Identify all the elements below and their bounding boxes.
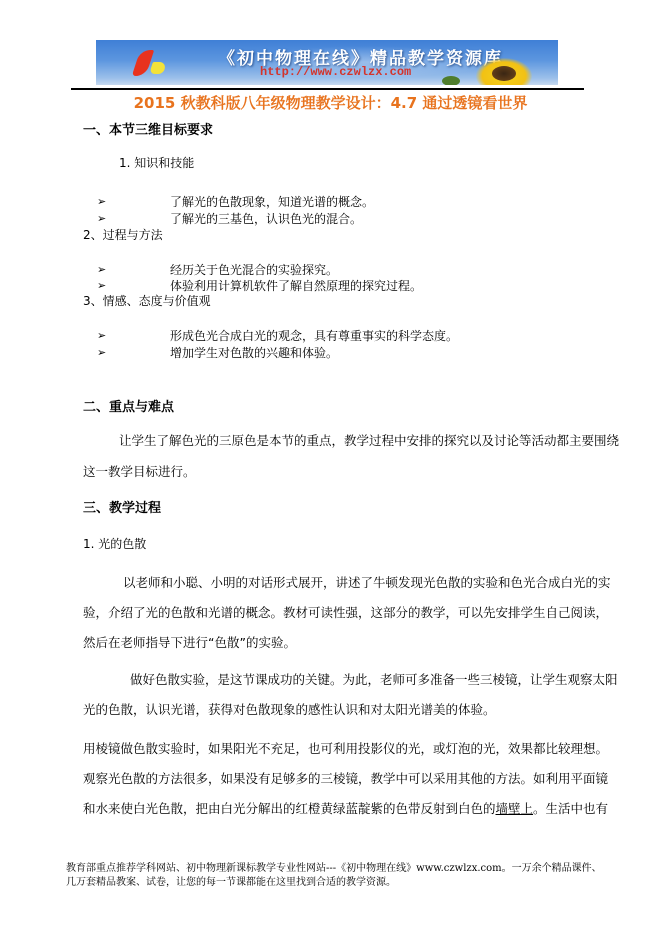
banner-url: http://www.czwlzx.com: [260, 65, 411, 79]
bullet-icon: ➢: [97, 263, 106, 277]
paragraph-line: 让学生了解色光的三原色是本节的重点，教学过程中安排的探究以及讨论等活动都主要围绕: [119, 434, 619, 448]
section-heading-key-points: 二、重点与难点: [83, 401, 174, 415]
list-item: 体验利用计算机软件了解自然原理的探究过程。: [170, 279, 422, 293]
paragraph-line: 以老师和小聪、小明的对话形式展开，讲述了牛顿发现光色散的实验和色光合成白光的实: [123, 576, 611, 590]
list-item: 增加学生对色散的兴趣和体验。: [170, 346, 338, 360]
sunflower-icon: [476, 58, 532, 85]
footer-line: 几万套精品教案、试卷，让您的每一节课都能在这里找到合适的教学资源。: [66, 876, 602, 890]
paragraph-line: 这一教学目标进行。: [83, 465, 196, 479]
section-heading-objectives: 一、本节三维目标要求: [83, 124, 213, 138]
subheading-process-method: 2、过程与方法: [83, 228, 163, 242]
paragraph-line: 和水来使白光色散，把由白光分解出的红橙黄绿蓝靛紫的色带反射到白色的墙壁上。生活中…: [83, 802, 608, 816]
subheading-attitude-values: 3、情感、态度与价值观: [83, 294, 211, 308]
paragraph-line: 光的色散，认识光谱，获得对色散现象的感性认识和对太阳光谱美的体验。: [83, 703, 496, 717]
bullet-icon: ➢: [97, 329, 106, 343]
underlined-text: 墙壁上: [496, 801, 534, 816]
logo-icon-accent: [149, 62, 167, 74]
document-title: 2015 秋教科版八年级物理教学设计：4.7 通过透镜看世界: [0, 92, 661, 113]
paragraph-line: 然后在老师指导下进行“色散”的实验。: [83, 636, 296, 650]
list-item: 了解光的三基色，认识色光的混合。: [170, 212, 362, 226]
document-page: 《初中物理在线》精品教学资源库 http://www.czwlzx.com 20…: [0, 0, 661, 936]
paragraph-line: 验，介绍了光的色散和光谱的概念。教材可读性强，这部分的教学，可以先安排学生自己阅…: [83, 606, 608, 620]
paragraph-line: 用棱镜做色散实验时，如果阳光不充足，也可利用投影仪的光，或灯泡的光，效果都比较理…: [83, 742, 608, 756]
list-item: 形成色光合成白光的观念，具有尊重事实的科学态度。: [170, 329, 458, 343]
subheading-dispersion: 1. 光的色散: [83, 537, 146, 551]
paragraph-line: 做好色散实验，是这节课成功的关键。为此，老师可多准备一些三棱镜，让学生观察太阳: [130, 673, 618, 687]
list-item: 经历关于色光混合的实验探究。: [170, 263, 338, 277]
section-heading-teaching-process: 三、教学过程: [83, 502, 161, 516]
header-rule: [71, 88, 584, 90]
bullet-icon: ➢: [97, 195, 106, 209]
bullet-icon: ➢: [97, 279, 106, 293]
subheading-knowledge-skills: 1. 知识和技能: [119, 156, 194, 170]
page-footer: 教育部重点推荐学科网站、初中物理新课标教学专业性网站---《初中物理在线》www…: [66, 862, 602, 890]
bullet-icon: ➢: [97, 212, 106, 226]
header-banner: 《初中物理在线》精品教学资源库 http://www.czwlzx.com: [96, 40, 558, 85]
footer-line: 教育部重点推荐学科网站、初中物理新课标教学专业性网站---《初中物理在线》www…: [66, 862, 602, 876]
list-item: 了解光的色散现象，知道光谱的概念。: [170, 195, 374, 209]
bullet-icon: ➢: [97, 346, 106, 360]
paragraph-line: 观察光色散的方法很多，如果没有足够多的三棱镜，教学中可以采用其他的方法。如利用平…: [83, 772, 608, 786]
leaf-decoration: [442, 76, 460, 85]
